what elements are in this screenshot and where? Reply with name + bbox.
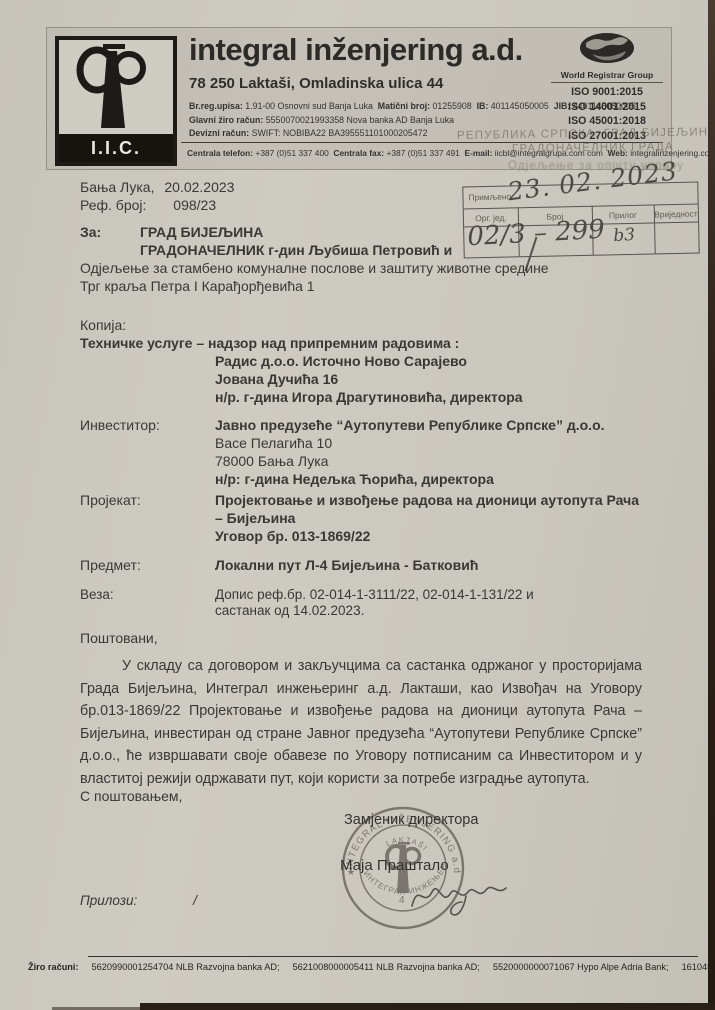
reg-label: Br.reg.upisa: (189, 101, 243, 111)
ref-row: Реф. број: 098/23 (80, 196, 216, 214)
closing: С поштовањем, (80, 787, 182, 805)
received-stamp-box: Примљено Орг. јед. Број Прилог Вриједнос… (462, 182, 699, 259)
attachments-row: Прилози: / (80, 893, 197, 908)
recipient-line4: Трг краља Петра I Карађорђевића 1 (80, 277, 315, 295)
footer-divider (88, 956, 698, 957)
subject-label: Предмет: (80, 556, 141, 574)
iso-cert-1: ISO 9001:2015 (551, 85, 663, 100)
registrar-group-label: World Registrar Group (551, 70, 663, 83)
investor-line2: Васе Пелагића 10 (215, 434, 332, 452)
footer-label: Žiro računi: (28, 962, 79, 972)
devizni-value: SWIFT: NOBIBA22 BA395551101000205472 (252, 128, 428, 138)
copy-line3: Јована Дучића 16 (215, 370, 338, 388)
investor-line1: Јавно предузеће “Аутопутеви Републике Ср… (215, 416, 605, 434)
investor-label: Инвеститор: (80, 416, 160, 434)
place-label: Бања Лука, (80, 179, 154, 195)
received-label: Примљено (468, 191, 511, 202)
phone-value: +387 (0)51 337 400 (255, 148, 328, 158)
recipient-label: За: (80, 223, 101, 241)
project-line1: Пројектовање и извођење радова на диониц… (215, 491, 639, 509)
company-logo: I.I.C. (55, 36, 177, 166)
photo-edge-right (708, 0, 715, 1010)
copy-line2: Радис д.о.о. Источно Ново Сарајево (215, 352, 467, 370)
company-name: integral inženjering a.d. (189, 32, 523, 68)
reference-label: Веза: (80, 586, 114, 604)
ib-label: IB: (477, 101, 489, 111)
subject-value: Локални пут Л-4 Бијељина - Батковић (215, 556, 478, 574)
iso-cert-2: ISO 14001:2015 (551, 100, 663, 115)
signer-title: Замјеник директора (344, 812, 478, 828)
attachments-label: Прилози: (80, 893, 137, 908)
body-paragraph: У складу са договором и закључцима са са… (80, 655, 642, 791)
salutation: Поштовани, (80, 629, 158, 647)
giro-line: Glavni žiro račun: 5550070021993358 Nova… (189, 114, 454, 127)
stamp-number: 4 (399, 895, 405, 906)
footer-account-1: 5620990001254704 NLB Razvojna banka AD; (92, 962, 280, 972)
project-line3: Уговор бр. 013-1869/22 (215, 527, 370, 545)
project-label: Пројекат: (80, 491, 141, 509)
email-label: E-mail: (464, 148, 492, 158)
logo-abbreviation: I.I.C. (59, 134, 173, 162)
ref-label: Реф. број: (80, 197, 146, 213)
copy-label: Копија: (80, 316, 126, 334)
photo-edge-bottom (140, 1003, 715, 1010)
copy-line4: н/р. г-дина Игора Драгутиновића, директо… (215, 388, 523, 406)
investor-line3: 78000 Бања Лука (215, 452, 328, 470)
footer-accounts: Žiro računi: 5620990001254704 NLB Razvoj… (28, 962, 708, 972)
investor-line4: н/р: г-дина Недељка Ћорића, директора (215, 470, 494, 488)
giro-label: Glavni žiro račun: (189, 115, 263, 125)
footer-account-2: 5621008000005411 NLB Razvojna banka AD; (293, 962, 480, 972)
date-value: 20.02.2023 (164, 179, 234, 195)
recipient-line2: ГРАДОНАЧЕЛНИК г-дин Љубиша Петровић и (140, 241, 452, 259)
attachments-value: / (193, 893, 197, 908)
faded-overlay-line2: ГРАДОНАЧЕЛНИК ГРАДА (512, 141, 674, 155)
fax-label: Centrala fax: (333, 148, 384, 158)
maticni-value: 01255908 (433, 101, 472, 111)
maticni-label: Matični broj: (378, 101, 430, 111)
handwritten-entry-suffix: b3 (613, 225, 636, 246)
company-logo-symbol-icon (73, 42, 151, 128)
devizni-line: Devizni račun: SWIFT: NOBIBA22 BA3955511… (189, 127, 427, 140)
project-line2: – Бијељина (215, 509, 295, 527)
footer-account-3: 5520000000071067 Hypo Alpe Adria Bank; (493, 962, 669, 972)
handwritten-signature (408, 862, 518, 920)
phone-label: Centrala telefon: (187, 148, 253, 158)
faded-overlay-line1: РЕПУБЛИКА СРПСКА, ГРАД БИЈЕЉИНА (457, 126, 715, 142)
received-col-vrijednost: Вриједност (654, 209, 698, 220)
copy-line1: Техничке услуге – надзор над припремним … (80, 334, 459, 352)
reference-line2: састанак од 14.02.2023. (215, 602, 364, 620)
document-page: I.I.C. integral inženjering a.d. 78 250 … (0, 0, 715, 1010)
ib-value: 401145050005 (491, 101, 549, 111)
giro-value: 5550070021993358 Nova banka AD Banja Luk… (266, 115, 454, 125)
recipient-line1: ГРАД БИЈЕЉИНА (140, 223, 263, 241)
fax-value: +387 (0)51 337 491 (386, 148, 459, 158)
ref-value: 098/23 (173, 197, 216, 213)
place-date-row: Бања Лука, 20.02.2023 (80, 178, 234, 196)
reg-value: 1.91-00 Osnovni sud Banja Luka (245, 101, 373, 111)
recipient-line3: Одјељење за стамбено комуналне послове и… (80, 259, 549, 277)
world-registrar-globe-icon (578, 31, 636, 65)
devizni-label: Devizni račun: (189, 128, 249, 138)
company-address: 78 250 Laktaši, Omladinska ulica 44 (189, 75, 443, 92)
handwritten-entry-main: 02/3 – 299 (467, 215, 606, 253)
